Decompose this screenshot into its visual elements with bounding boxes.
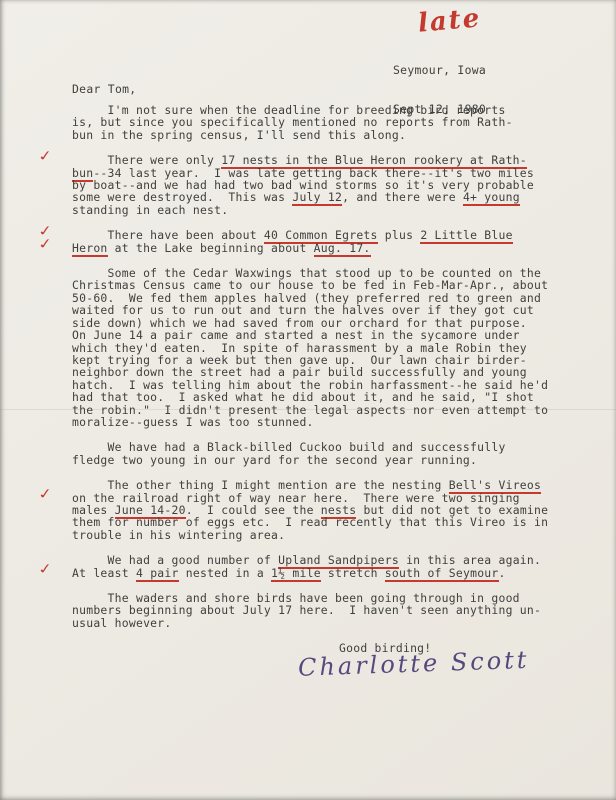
red-underlined-text: south of Seymour (385, 566, 499, 582)
letter-paragraph: The other thing I might mention are the … (72, 479, 572, 541)
typed-text: plus (378, 228, 421, 242)
red-underlined-text: 4 pair (136, 566, 179, 582)
typed-text: fledge two young in our yard for the sec… (72, 453, 477, 467)
letter-line: usual however. (72, 617, 572, 629)
salutation: Dear Tom, (72, 82, 136, 96)
typed-text: usual however. (72, 616, 172, 630)
letter-line: standing in each nest. (72, 204, 572, 216)
checkmark-icon: ✓ (37, 562, 54, 577)
letter-paragraph: ✓ There have been about 40 Common Egrets… (72, 229, 572, 254)
letter-paragraph: I'm not sure when the deadline for breed… (72, 104, 572, 141)
typed-text: at the Lake beginning about (108, 241, 314, 255)
signature: Charlotte Scott (298, 652, 572, 674)
checkmark-icon: ✓ (37, 237, 54, 252)
typed-text: bun in the spring census, I'll send this… (72, 128, 406, 142)
letter-line: moralize--guess I was too stunned. (72, 416, 572, 428)
typed-text: nested in a (179, 566, 271, 580)
checkmark-icon: ✓ (37, 487, 54, 502)
red-underlined-text: Aug. 17. (314, 241, 371, 257)
letter-page: late Seymour, Iowa Sept 12, 1980 Dear To… (0, 0, 616, 800)
typed-text: , and there were (342, 190, 463, 204)
letter-line: fledge two young in our yard for the sec… (72, 454, 572, 466)
letter-paragraph: ✓ There were only 17 nests in the Blue H… (72, 154, 572, 216)
typed-text: moralize--guess I was too stunned. (72, 415, 314, 429)
checkmark-icon: ✓ (37, 150, 54, 165)
letter-paragraph: We have had a Black-billed Cuckoo build … (72, 441, 572, 466)
typed-text: . (499, 566, 506, 580)
red-underlined-text: 1½ mile (271, 566, 321, 582)
typed-text: stretch (321, 566, 385, 580)
letter-line: bun in the spring census, I'll send this… (72, 129, 572, 141)
letter-line: ✓At least 4 pair nested in a 1½ mile str… (72, 567, 572, 579)
paragraphs-container: I'm not sure when the deadline for breed… (72, 104, 572, 629)
sender-place: Seymour, Iowa (393, 64, 486, 77)
typed-text: trouble in his wintering area. (72, 528, 285, 542)
letter-paragraph: The waders and shore birds have been goi… (72, 592, 572, 629)
letter-paragraph: Some of the Cedar Waxwings that stood up… (72, 267, 572, 428)
letter-paragraph: We had a good number of Upland Sandpiper… (72, 554, 572, 579)
typed-text: At least (72, 566, 136, 580)
red-underlined-text: Heron (72, 241, 108, 257)
handwritten-late-note: late (417, 3, 483, 38)
letter-line: ✓Heron at the Lake beginning about Aug. … (72, 242, 572, 254)
letter-line: trouble in his wintering area. (72, 529, 572, 541)
typed-text: standing in each nest. (72, 203, 228, 217)
letter-body: I'm not sure when the deadline for breed… (72, 104, 572, 669)
